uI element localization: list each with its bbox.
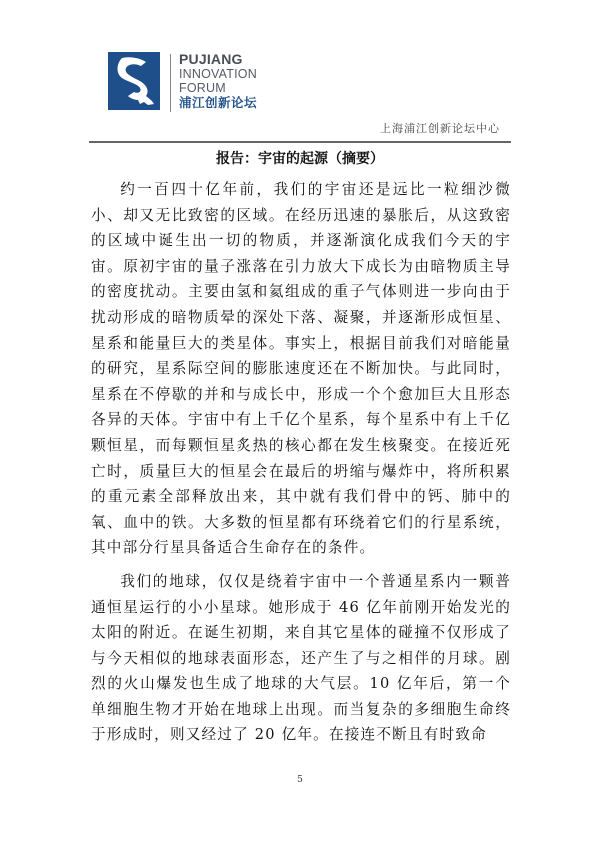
paragraph: 约一百四十亿年前，我们的宇宙还是远比一粒细沙微小、却又无比致密的区域。在经历迅速… — [91, 177, 511, 561]
document-body: 约一百四十亿年前，我们的宇宙还是远比一粒细沙微小、却又无比致密的区域。在经历迅速… — [91, 177, 511, 756]
header-organization: 上海浦江创新论坛中心 — [380, 120, 500, 136]
paragraph: 我们的地球，仅仅是绕着宇宙中一个普通星系内一颗普通恒星运行的小小星球。她形成于 … — [91, 569, 511, 748]
logo-line-forum: FORUM — [179, 81, 257, 95]
logo-divider — [170, 54, 171, 112]
forum-logo: PUJIANG INNOVATION FORUM 浦江创新论坛 — [108, 52, 298, 114]
page-number: 5 — [0, 775, 600, 785]
logo-line-innovation: INNOVATION — [179, 67, 257, 81]
logo-text: PUJIANG INNOVATION FORUM 浦江创新论坛 — [179, 52, 257, 111]
logo-line-chinese: 浦江创新论坛 — [179, 95, 257, 111]
pujiang-logo-icon — [108, 52, 160, 110]
document-title: 报告：宇宙的起源（摘要） — [0, 148, 600, 168]
header-divider — [89, 141, 511, 143]
logo-line-pujiang: PUJIANG — [179, 52, 257, 67]
